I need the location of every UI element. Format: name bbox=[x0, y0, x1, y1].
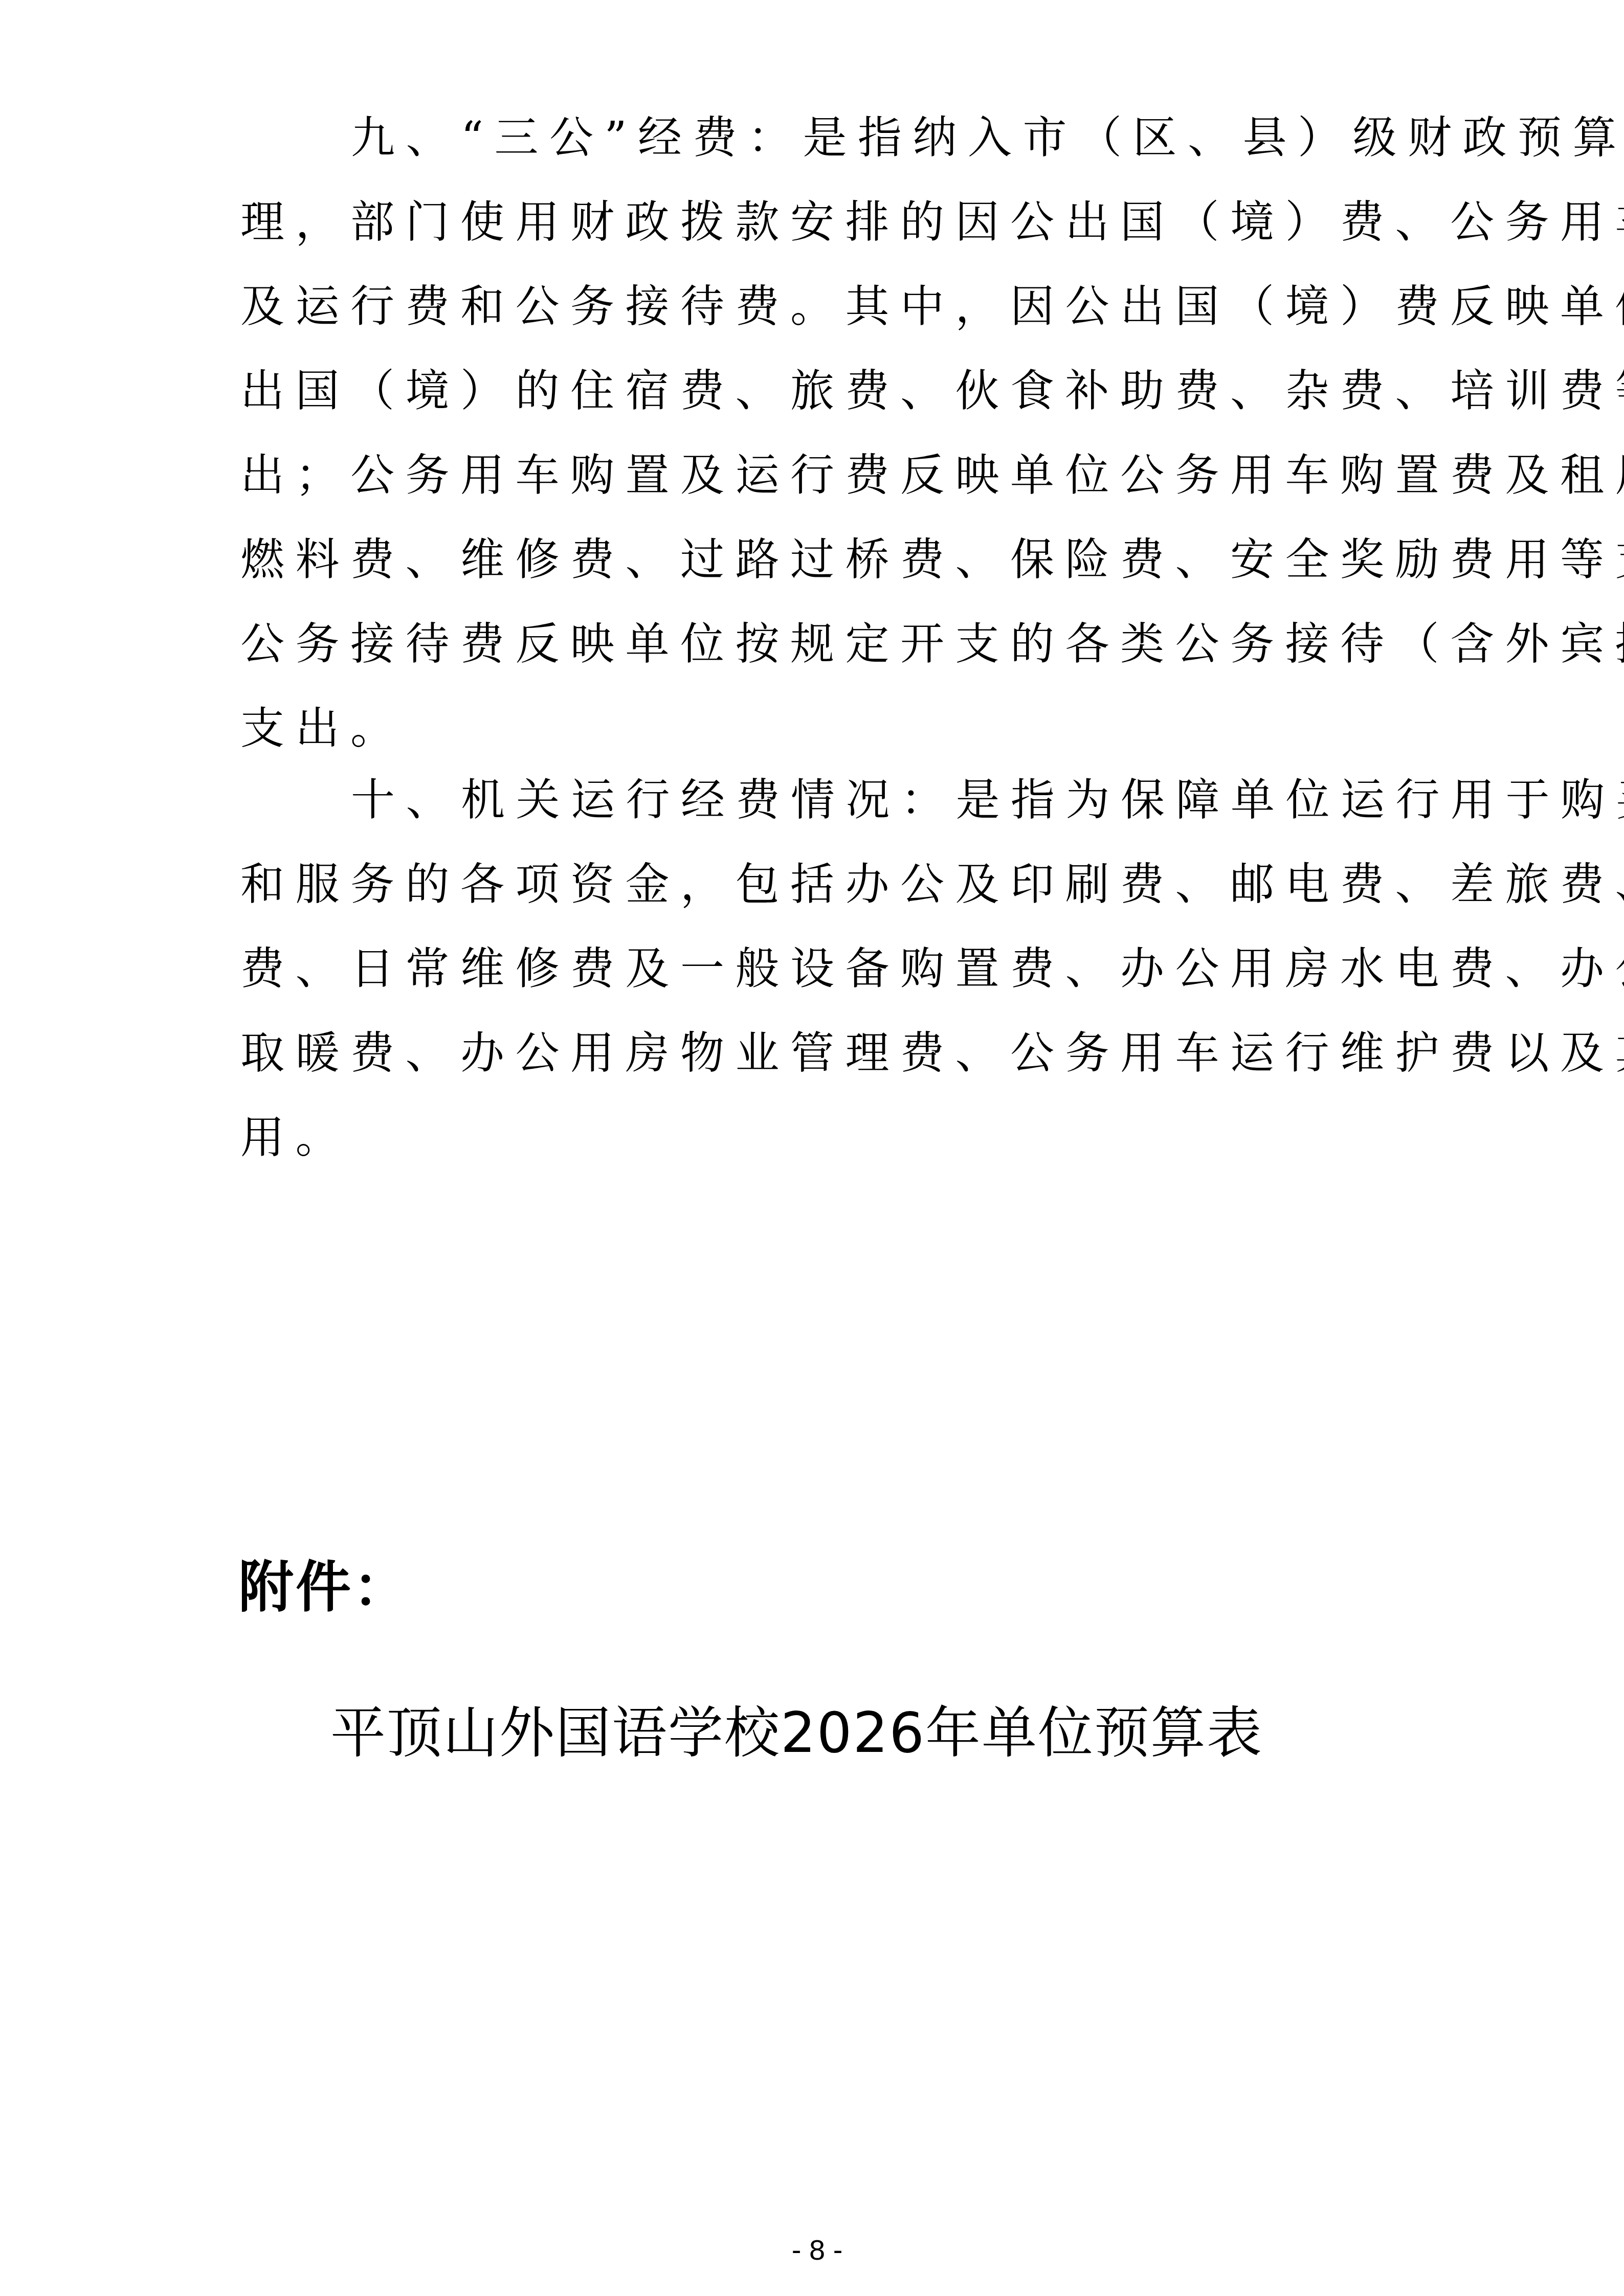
paragraph-line: 费、日常维修费及一般设备购置费、办公用房水电费、办公用房 bbox=[240, 941, 1417, 997]
annex-label: 附件： bbox=[238, 1555, 410, 1621]
paragraph-line: 用。 bbox=[240, 1110, 1417, 1166]
paragraph-line: 出国（境）的住宿费、旅费、伙食补助费、杂费、培训费等支 bbox=[240, 363, 1417, 419]
page-number: - 8 - bbox=[0, 2230, 1624, 2270]
paragraph-line: 燃料费、维修费、过路过桥费、保险费、安全奖励费用等支出； bbox=[240, 532, 1417, 588]
document-page: 九、“三公”经费：是指纳入市（区、县）级财政预算管 理，部门使用财政拨款安排的因… bbox=[0, 0, 1624, 2296]
paragraph-line: 理，部门使用财政拨款安排的因公出国（境）费、公务用车购置 bbox=[240, 194, 1417, 251]
paragraph-line: 和服务的各项资金，包括办公及印刷费、邮电费、差旅费、会议 bbox=[240, 857, 1417, 913]
paragraph-line: 取暖费、办公用房物业管理费、公务用车运行维护费以及其他费 bbox=[240, 1025, 1417, 1082]
annex-title: 平顶山外国语学校2026年单位预算表 bbox=[0, 1698, 1624, 1769]
paragraph-line: 支出。 bbox=[240, 701, 1417, 757]
paragraph-line: 公务接待费反映单位按规定开支的各类公务接待（含外宾接待） bbox=[240, 616, 1417, 672]
paragraph-line: 十、机关运行经费情况：是指为保障单位运行用于购买货物 bbox=[351, 772, 1527, 828]
paragraph-line: 出；公务用车购置及运行费反映单位公务用车购置费及租用费、 bbox=[240, 447, 1417, 504]
paragraph-line: 九、“三公”经费：是指纳入市（区、县）级财政预算管 bbox=[351, 110, 1527, 166]
paragraph-line: 及运行费和公务接待费。其中，因公出国（境）费反映单位公务 bbox=[240, 279, 1417, 335]
